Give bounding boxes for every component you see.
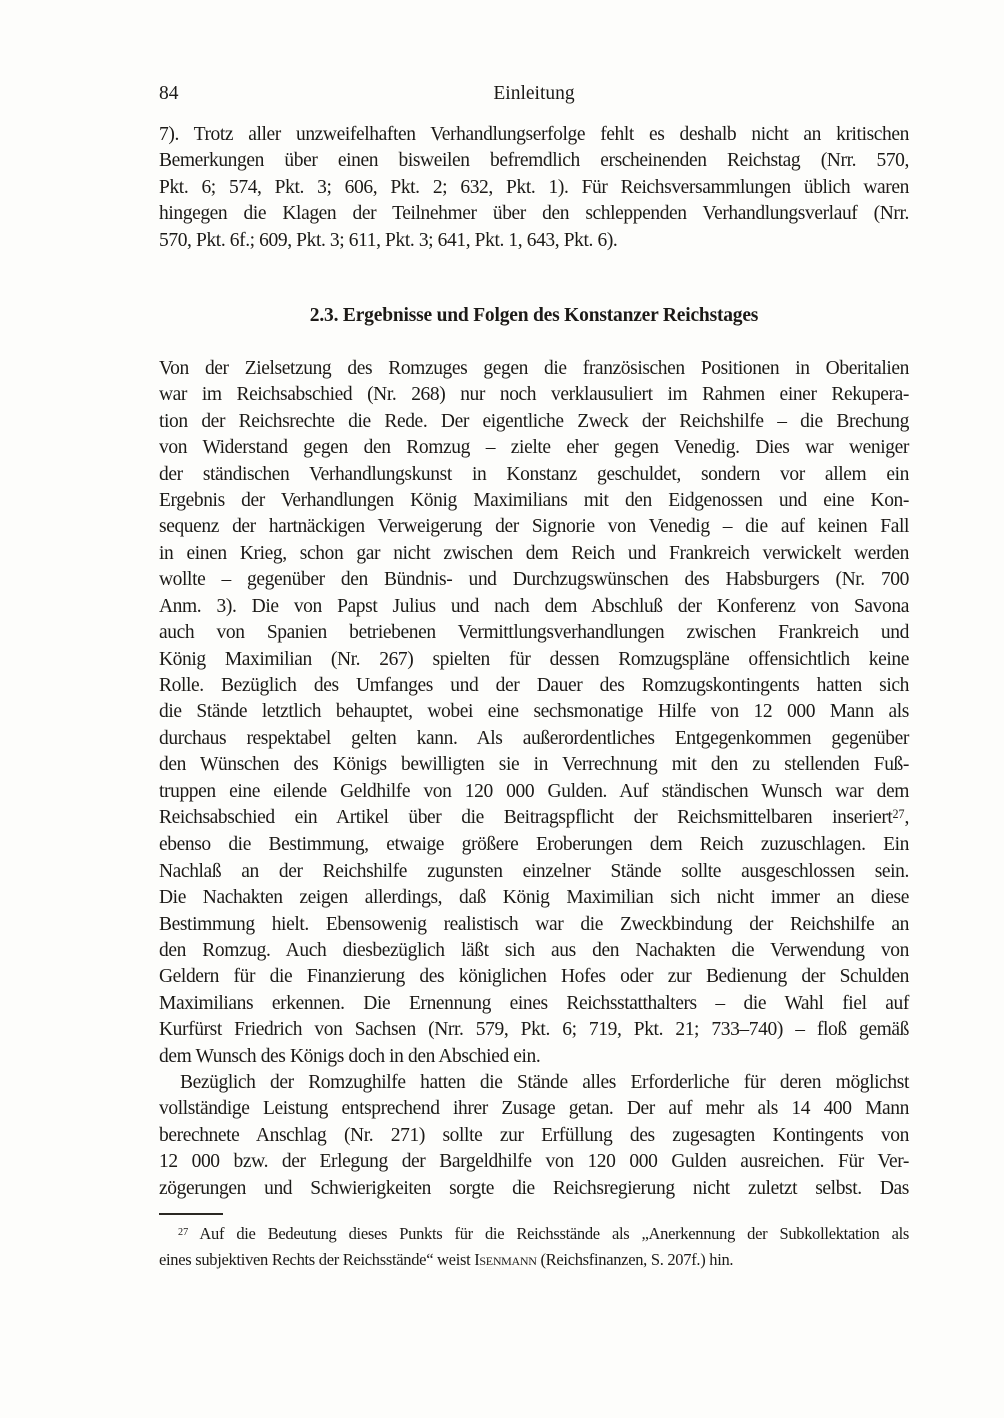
text-line: Bemerkungen über einen bisweilen befremd… xyxy=(159,148,909,174)
text-line: auch von Spanien betriebenen Vermittlung… xyxy=(159,620,909,646)
text-line: Ergebnis der Verhandlungen König Maximil… xyxy=(159,488,909,514)
text-line: den Romzug. Auch diesbezüglich läßt sich… xyxy=(159,938,909,964)
text-line: vollständige Leistung entsprechend ihrer… xyxy=(159,1096,909,1122)
text-line: Maximilians erkennen. Die Ernennung eine… xyxy=(159,991,909,1017)
footnote-separator xyxy=(159,1213,223,1215)
text-line: 27 Auf die Bedeutung dieses Punkts für d… xyxy=(159,1222,909,1248)
text-line: 570, Pkt. 6f.; 609, Pkt. 3; 611, Pkt. 3;… xyxy=(159,228,909,254)
footnote-reference: 27 xyxy=(178,1227,188,1238)
page-number: 84 xyxy=(159,81,179,107)
text-line: berechnete Anschlag (Nr. 271) sollte zur… xyxy=(159,1123,909,1149)
text-line: ebenso die Bestimmung, etwaige größere E… xyxy=(159,832,909,858)
text-line: der ständischen Verhandlungskunst in Kon… xyxy=(159,462,909,488)
text-line: dem Wunsch des Königs doch in den Abschi… xyxy=(159,1044,909,1070)
text-line: den Wünschen des Königs bewilligten sie … xyxy=(159,752,909,778)
running-title: Einleitung xyxy=(159,81,909,107)
text-line: Von der Zielsetzung des Romzuges gegen d… xyxy=(159,356,909,382)
paragraph-continuation: 7). Trotz aller unzweifelhaften Verhandl… xyxy=(159,122,909,254)
text-line: Anm. 3). Die von Papst Julius und nach d… xyxy=(159,594,909,620)
text-line: in einen Krieg, schon gar nicht zwischen… xyxy=(159,541,909,567)
footnote-reference: 27 xyxy=(892,807,904,821)
text-line: zögerungen und Schwierigkeiten sorgte di… xyxy=(159,1176,909,1202)
text-line: tion der Reichsrechte die Rede. Der eige… xyxy=(159,409,909,435)
text-line: Nachlaß an der Reichshilfe zugunsten ein… xyxy=(159,859,909,885)
text-column: 84 Einleitung 7). Trotz aller unzweifelh… xyxy=(159,0,909,1271)
text-line: truppen eine eilende Geldhilfe von 120 0… xyxy=(159,779,909,805)
text-line: Bezüglich der Romzughilfe hatten die Stä… xyxy=(159,1070,909,1096)
paragraph-main: Von der Zielsetzung des Romzuges gegen d… xyxy=(159,356,909,1070)
section-heading: 2.3. Ergebnisse und Folgen des Konstanze… xyxy=(159,302,909,330)
text-line: Geldern für die Finanzierung des königli… xyxy=(159,964,909,990)
text-line: eines subjektiven Rechts der Reichsständ… xyxy=(159,1248,909,1271)
text-line: Reichsabschied ein Artikel über die Beit… xyxy=(159,805,909,832)
text-line: wollte – gegenüber den Bündnis- und Durc… xyxy=(159,567,909,593)
text-line: Die Nachakten zeigen allerdings, daß Kön… xyxy=(159,885,909,911)
text-line: Kurfürst Friedrich von Sachsen (Nrr. 579… xyxy=(159,1017,909,1043)
text-line: 7). Trotz aller unzweifelhaften Verhandl… xyxy=(159,122,909,148)
text-line: hingegen die Klagen der Teilnehmer über … xyxy=(159,201,909,227)
text-line: die Stände letztlich behauptet, wobei ei… xyxy=(159,699,909,725)
paragraph-romzughilfe: Bezüglich der Romzughilfe hatten die Stä… xyxy=(159,1070,909,1202)
running-head: 84 Einleitung xyxy=(159,81,909,107)
book-page: 84 Einleitung 7). Trotz aller unzweifelh… xyxy=(0,0,1004,1418)
text-line: von Widerstand gegen den Romzug – zielte… xyxy=(159,435,909,461)
text-line: durchaus respektabel gelten kann. Als au… xyxy=(159,726,909,752)
text-line: 12 000 bzw. der Erlegung der Bargeldhilf… xyxy=(159,1149,909,1175)
footnote: 27 Auf die Bedeutung dieses Punkts für d… xyxy=(159,1222,909,1271)
text-line: war im Reichsabschied (Nr. 268) nur noch… xyxy=(159,382,909,408)
text-line: König Maximilian (Nr. 267) spielten für … xyxy=(159,647,909,673)
text-line: sequenz der hartnäckigen Verweigerung de… xyxy=(159,514,909,540)
author-name-smallcaps: Isenmann xyxy=(474,1250,536,1269)
text-line: Rolle. Bezüglich des Umfanges und der Da… xyxy=(159,673,909,699)
text-line: Pkt. 6; 574, Pkt. 3; 606, Pkt. 2; 632, P… xyxy=(159,175,909,201)
text-line: Bestimmung hielt. Ebensowenig realistisc… xyxy=(159,912,909,938)
